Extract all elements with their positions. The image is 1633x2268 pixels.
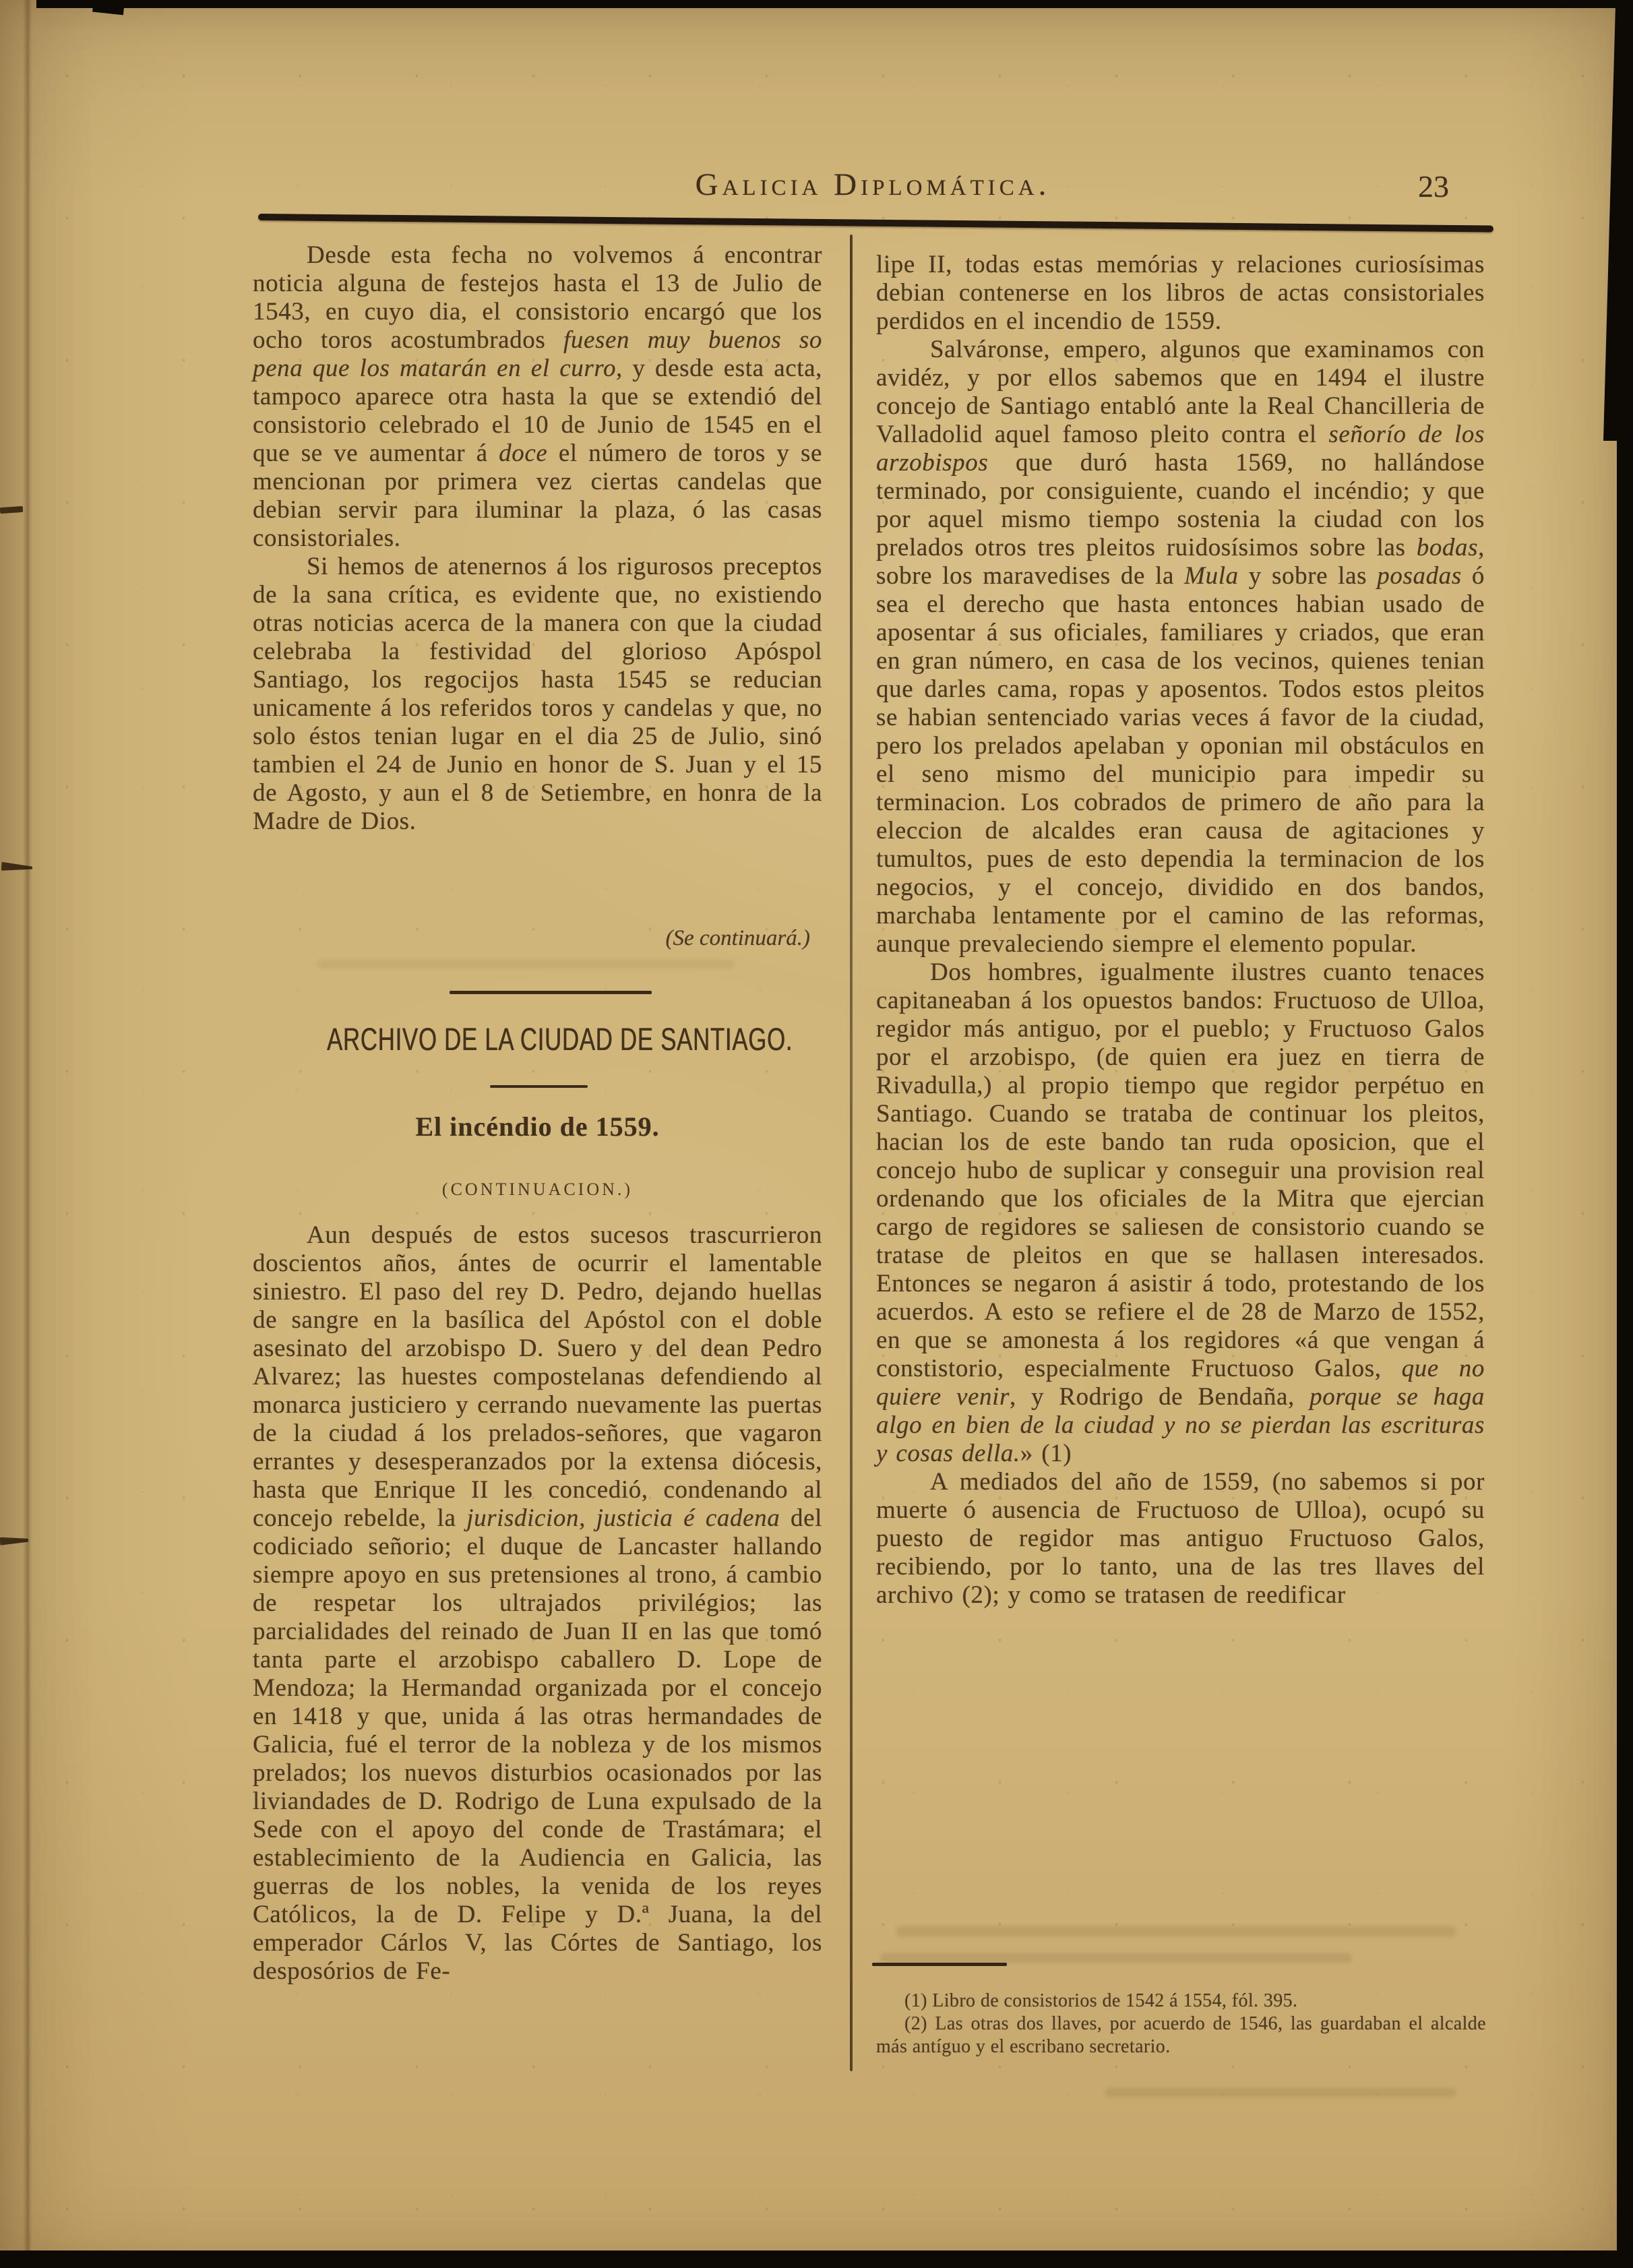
article-paragraph: Si hemos de atenernos á los rigurosos pr… (253, 553, 822, 836)
subtitle-separator-rule (490, 1085, 588, 1088)
article-text-block: Desde esta fecha no volvemos á encontrar… (253, 241, 822, 836)
article-paragraph: Salváronse, empero, algunos que examinam… (876, 336, 1485, 958)
page-number: 23 (1390, 168, 1477, 204)
masthead-rule (258, 214, 1493, 233)
footnote: (2) Las otras dos llaves, por acuerdo de… (876, 2013, 1486, 2058)
article-paragraph: Desde esta fecha no volvemos á encontrar… (253, 241, 822, 553)
article-title: El incéndio de 1559. (253, 1111, 822, 1142)
footnote: (1) Libro de consistorios de 1542 á 1554… (876, 1990, 1486, 2013)
publication-title: Galicia Diplomática. (253, 166, 1493, 203)
to-be-continued-note: (Se continuará.) (253, 926, 822, 951)
scan-edge-top (36, 0, 1633, 8)
footnote-separator-rule (872, 1963, 1007, 1966)
article-paragraph: A mediados del año de 1559, (no sabemos … (876, 1468, 1485, 1610)
section-separator-rule (450, 991, 652, 994)
scan-edge-right (1617, 0, 1633, 2268)
column-divider-rule (850, 235, 853, 2071)
footnotes-block: (1) Libro de consistorios de 1542 á 1554… (876, 1990, 1486, 2058)
article-paragraph: Dos hombres, igualmente ilustres cuanto … (876, 958, 1485, 1468)
scan-fold-notch (92, 0, 125, 15)
binding-crease (23, 0, 32, 2268)
bleedthrough-smudge (317, 960, 735, 969)
bleedthrough-smudge (880, 1953, 1352, 1963)
article-paragraph: lipe II, todas estas memórias y relacion… (876, 251, 1485, 336)
bleedthrough-smudge (1105, 2088, 1456, 2097)
scanned-page: Galicia Diplomática. 23 Desde esta fecha… (0, 0, 1633, 2268)
bleedthrough-smudge (896, 1926, 1456, 1937)
fold-mark (0, 506, 23, 514)
article-paragraph: Aun después de estos sucesos trascurrier… (253, 1221, 822, 1986)
right-column: lipe II, todas estas memórias y relacion… (876, 251, 1485, 1610)
scan-edge-bottom (0, 2250, 1633, 2268)
continuation-label: (CONTINUACION.) (253, 1179, 822, 1200)
section-title: ARCHIVO DE LA CIUDAD DE SANTIAGO. (327, 1020, 748, 1058)
